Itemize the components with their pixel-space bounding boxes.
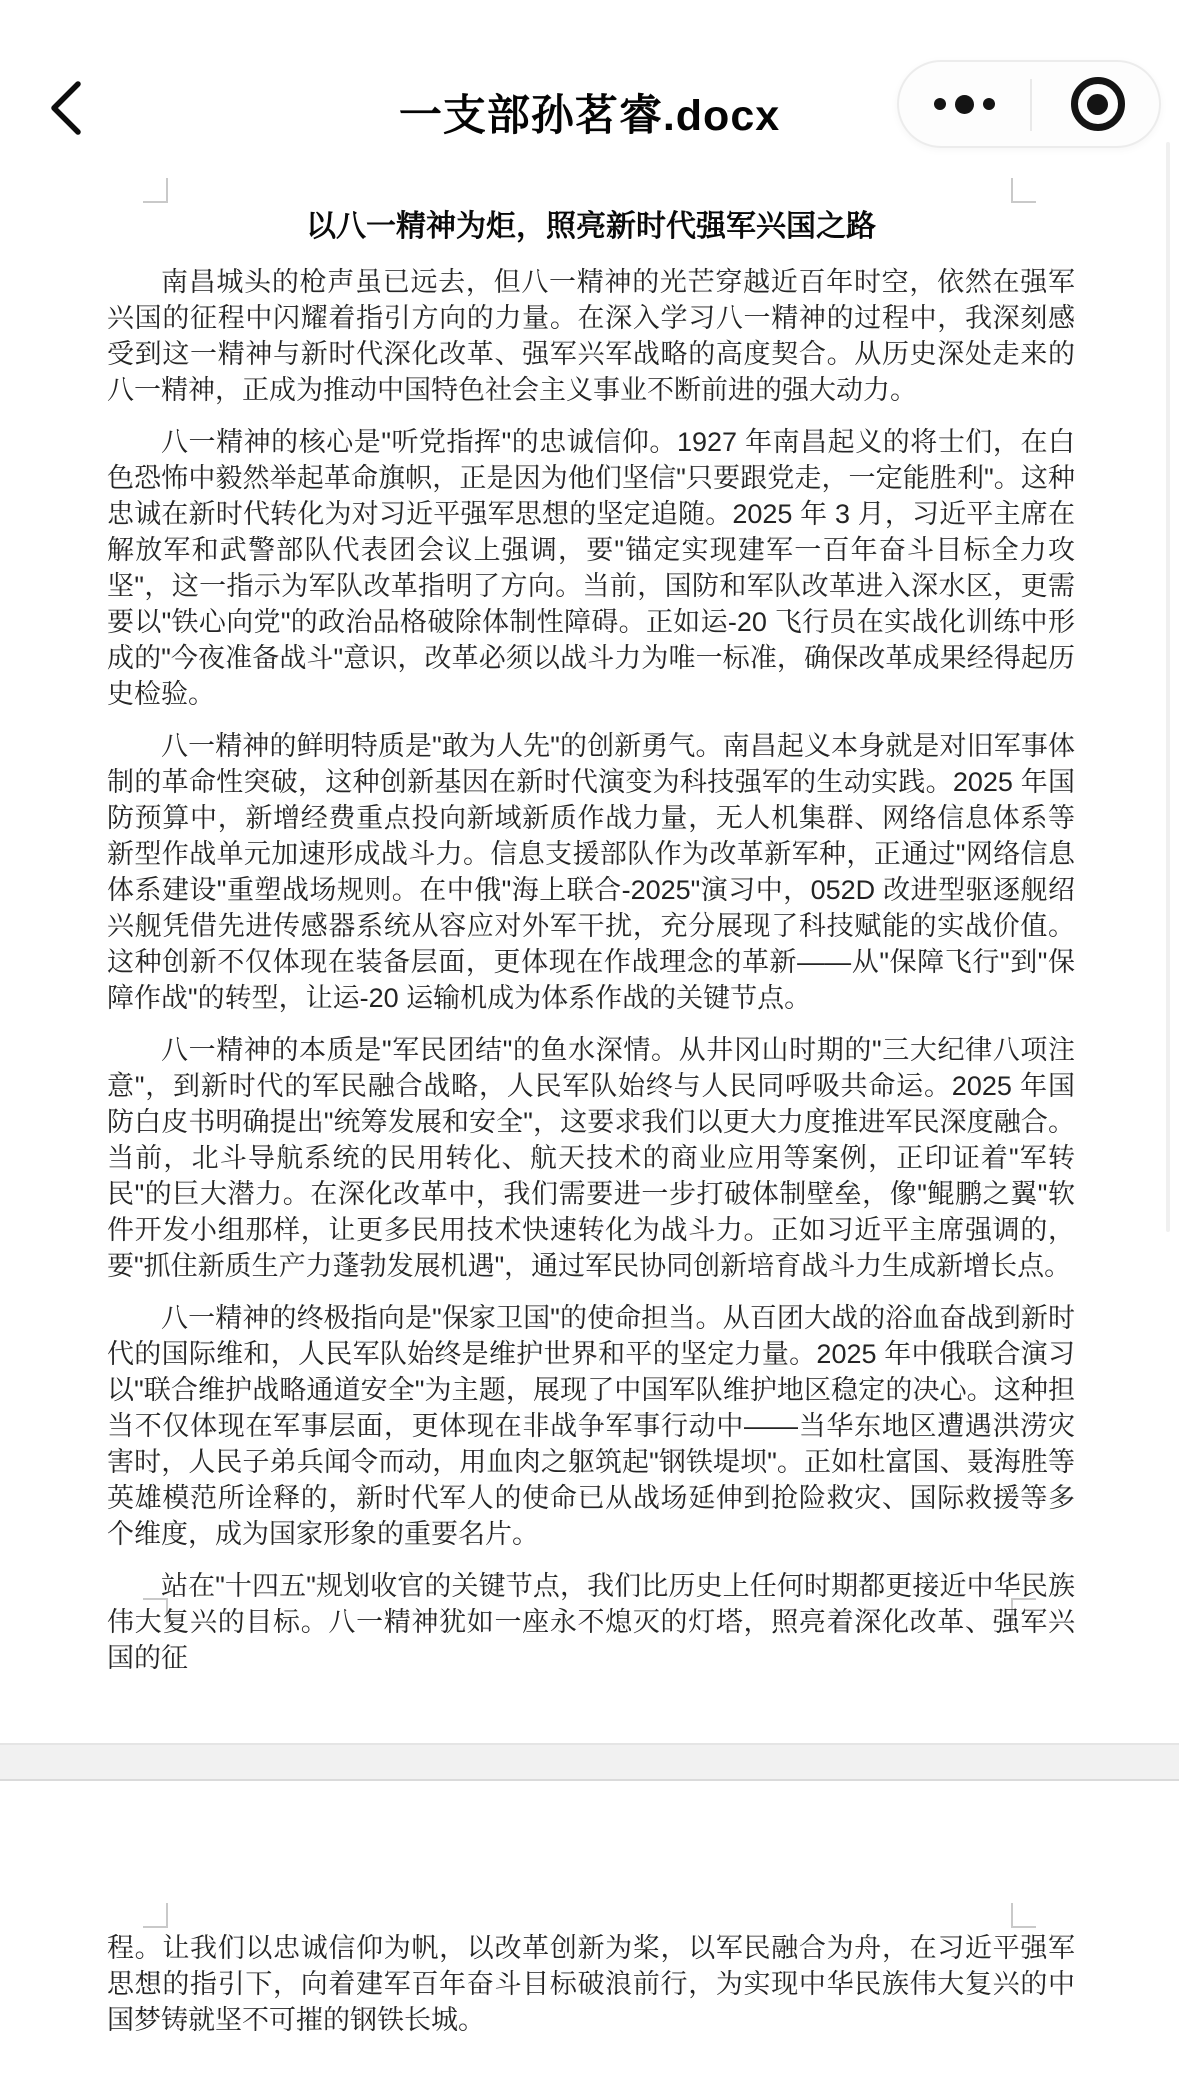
- close-miniprogram-button[interactable]: [1032, 62, 1163, 146]
- essay-paragraph: 八一精神的本质是"军民团结"的鱼水深情。从井冈山时期的"三大纪律八项注意"，到新…: [107, 1032, 1075, 1284]
- page2-paragraphs: 程。让我们以忠诚信仰为帆，以改革创新为桨，以军民融合为舟，在习近平强军思想的指引…: [107, 1930, 1075, 2038]
- essay-paragraph: 八一精神的核心是"听党指挥"的忠诚信仰。1927 年南昌起义的将士们，在白色恐怖…: [107, 424, 1075, 712]
- page-gap-divider: [0, 1743, 1179, 1781]
- document-viewer: 一支部孙茗睿.docx 以八一精神为炬，照亮新时代强军兴国之路 南昌城头的枪声虽…: [0, 0, 1179, 2077]
- more-dot-icon: [955, 95, 974, 114]
- essay-paragraph: 程。让我们以忠诚信仰为帆，以改革创新为桨，以军民融合为舟，在习近平强军思想的指引…: [107, 1930, 1075, 2038]
- page2-margin-mark-top-right: [1011, 1903, 1036, 1928]
- miniprogram-capsule: [897, 60, 1161, 148]
- page1-margin-mark-top-left: [143, 178, 168, 203]
- scrollbar[interactable]: [1166, 142, 1170, 1232]
- page1-paragraphs: 南昌城头的枪声虽已远去，但八一精神的光芒穿越近百年时空，依然在强军兴国的征程中闪…: [107, 264, 1075, 1676]
- page2-body: 程。让我们以忠诚信仰为帆，以改革创新为桨，以军民融合为舟，在习近平强军思想的指引…: [107, 1930, 1075, 2038]
- page1-body: 以八一精神为炬，照亮新时代强军兴国之路 南昌城头的枪声虽已远去，但八一精神的光芒…: [107, 206, 1075, 1676]
- page1-margin-mark-top-right: [1011, 178, 1036, 203]
- essay-paragraph: 八一精神的鲜明特质是"敢为人先"的创新勇气。南昌起义本身就是对旧军事体制的革命性…: [107, 728, 1075, 1016]
- essay-paragraph: 八一精神的终极指向是"保家卫国"的使命担当。从百团大战的浴血奋战到新时代的国际维…: [107, 1300, 1075, 1552]
- essay-title: 以八一精神为炬，照亮新时代强军兴国之路: [107, 206, 1075, 248]
- more-dot-icon: [934, 98, 946, 110]
- circle-dot-icon: [1071, 77, 1125, 131]
- essay-paragraph: 南昌城头的枪声虽已远去，但八一精神的光芒穿越近百年时空，依然在强军兴国的征程中闪…: [107, 264, 1075, 408]
- header-bar: 一支部孙茗睿.docx: [0, 0, 1179, 158]
- more-options-button[interactable]: [899, 62, 1030, 146]
- essay-paragraph: 站在"十四五"规划收官的关键节点，我们比历史上任何时期都更接近中华民族伟大复兴的…: [107, 1568, 1075, 1676]
- more-dot-icon: [983, 98, 995, 110]
- page2-margin-mark-top-left: [143, 1903, 168, 1928]
